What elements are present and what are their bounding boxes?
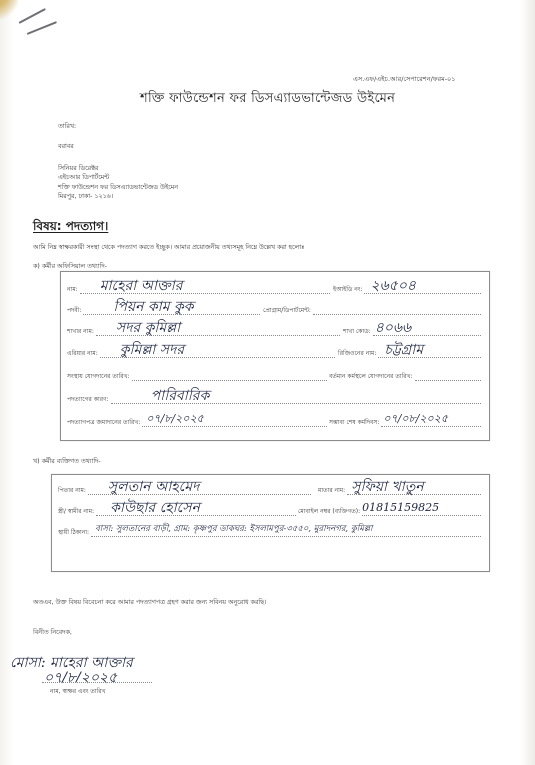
handwritten-value: বাসা: সুলতানের বাড়ী, গ্রাম: কৃষ্ণপুর ডা… [95,522,372,536]
organization-title: শক্তি ফাউন্ডেশন ফর ডিসএ্যাডভান্টেজড উইমে… [140,89,395,110]
signature-line [42,682,152,683]
field-label: সম্ভাব্য শেষ কর্মদিবস: [329,417,379,428]
handwritten-value: সদর কুমিল্লা [116,321,180,335]
designation-field[interactable]: পিয়ন কাম কুক [83,304,260,315]
permanent-address-field[interactable]: বাসা: সুলতানের বাড়ী, গ্রাম: কৃষ্ণপুর ডা… [91,526,481,537]
signature-caption: নাম, স্বাক্ষর এবং তারিখ [50,686,106,697]
personal-info-box: পিতার নাম: সুলতান আহমেদ মাতার নাম: সুফিয… [51,474,490,572]
area-name-field[interactable]: কুমিল্লা সদর [100,347,335,358]
field-label: সংস্থায় যোগদানের তারিখ: [67,371,130,382]
address-line: শক্তি ফাউন্ডেশন ফর ডিসএ্যাডভান্টেজড উইমে… [58,183,178,192]
handwritten-value: পিয়ন কাম কুক [113,300,193,314]
intro-text: আমি নিম্ন স্বাক্ষরকারী সংস্থা থেকে পদত্য… [33,242,304,253]
id-field[interactable]: ২৬৫০৪ [364,283,481,294]
field-designation: পদবী: পিয়ন কাম কুক [67,304,262,316]
field-label: স্ত্রী/ স্বামীর নাম: [58,506,94,517]
salutation: বিনীত নিবেদক, [33,627,72,638]
field-area-name: এরিয়ার নাম: কুমিল্লা সদর [67,347,337,359]
field-program: প্রোগ্রাম/ডিপার্টমেন্ট: [263,304,483,316]
field-label: নাম: [67,284,78,295]
field-label: পদত্যাগের কারণ: [67,394,109,405]
field-spouse: স্ত্রী/ স্বামীর নাম: কাউছার হোসেন [58,505,298,517]
handwritten-value: ৪০৬৬ [375,321,411,335]
branch-code-field[interactable]: ৪০৬৬ [373,325,481,336]
handwritten-value: 01815159825 [362,501,439,515]
field-mother: মাতার নাম: সুফিয়া খাতুন [318,484,483,496]
section-b-heading: খ) কর্মীর ব্যক্তিগত তথ্যাদি- [33,456,101,467]
handwritten-value: চট্টগ্রাম [384,343,423,357]
date-label: তারিখ: [58,121,76,132]
field-label: মোবাইল নম্বর (ব্যক্তিগত): [298,506,360,517]
last-workday-field[interactable]: ০৭/০৮/২০২৫ [381,416,481,427]
name-field[interactable]: মাহেরা আক্তার [80,283,330,294]
recipient-address: সিনিয়র ডিরেক্টর এইচআর ডিপার্টমেন্ট শক্ত… [58,164,178,201]
field-last-workday: সম্ভাব্য শেষ কর্মদিবস: ০৭/০৮/২০২৫ [329,416,483,428]
form-code: এস.এফ/এইচ.আর/সেপারেশন/ফরম-০১ [353,74,456,85]
field-reason: পদত্যাগের কারণ: পারিবারিক [67,393,483,405]
field-mobile: মোবাইল নম্বর (ব্যক্তিগত): 01815159825 [298,505,483,517]
field-address: স্থায়ী ঠিকানা: বাসা: সুলতানের বাড়ী, গ্… [58,526,483,538]
branch-name-field[interactable]: সদর কুমিল্লা [96,325,340,336]
field-label: প্রোগ্রাম/ডিপার্টমেন্ট: [263,305,311,316]
field-label: পিতার নাম: [58,485,86,496]
reason-field[interactable]: পারিবারিক [111,393,481,404]
field-label: এরিয়ার নাম: [67,348,98,359]
field-region-name: রিজিওনের নাম: চট্টগ্রাম [338,347,483,359]
mobile-field[interactable]: 01815159825 [362,505,481,516]
official-info-box: নাম: মাহেরা আক্তার ইআইডি নং: ২৬৫০৪ পদবী:… [60,271,490,441]
field-label: ইআইডি নং: [333,284,362,295]
field-current-join-date: বর্তমান কর্মস্থলে যোগদানের তারিখ: [329,370,483,382]
corner-stain [0,0,18,22]
handwritten-value: ২৬৫০৪ [370,279,415,293]
closing-text: অতএব, উক্ত বিষয় বিবেচনা করে আমার পদত্যা… [33,597,266,608]
field-label: বর্তমান কর্মস্থলে যোগদানের তারিখ: [329,371,413,382]
field-name: নাম: মাহেরা আক্তার [67,283,332,295]
join-date-field[interactable] [132,370,327,381]
field-label: শাখা কোড: [343,326,371,337]
mother-name-field[interactable]: সুফিয়া খাতুন [347,484,481,495]
handwritten-value: সুফিয়া খাতুন [351,480,423,494]
current-join-date-field[interactable] [415,370,481,381]
address-line: মিরপুর, ঢাকা- ১২১৬। [58,192,178,201]
handwritten-value: মাহেরা আক্তার [100,279,183,293]
field-submit-date: পদত্যাগপত্র জমাদানের তারিখ: ০৭/৮/২০২৫ [67,416,329,428]
handwritten-value: পারিবারিক [151,389,210,403]
to-label: বরাবর [58,141,74,152]
handwritten-value: সুলতান আহমেদ [108,480,200,494]
field-label: মাতার নাম: [318,485,345,496]
field-father: পিতার নাম: সুলতান আহমেদ [58,484,313,496]
field-label: শাখার নাম: [67,326,94,337]
field-branch-code: শাখা কোড: ৪০৬৬ [343,325,483,337]
father-name-field[interactable]: সুলতান আহমেদ [88,484,311,495]
field-id: ইআইডি নং: ২৬৫০৪ [333,283,483,295]
field-label: স্থায়ী ঠিকানা: [58,527,89,538]
subject-heading: বিষয়: পদত্যাগ। [33,218,108,238]
field-label: রিজিওনের নাম: [338,348,376,359]
field-label: পদবী: [67,305,81,316]
region-name-field[interactable]: চট্টগ্রাম [378,347,481,358]
program-field[interactable] [313,304,481,315]
field-label: পদত্যাগপত্র জমাদানের তারিখ: [67,417,140,428]
address-line: এইচআর ডিপার্টমেন্ট [58,173,178,182]
handwritten-value: ০৭/০৮/২০২৫ [383,412,448,426]
handwritten-value: কাউছার হোসেন [110,501,200,515]
handwritten-value: ০৭/৮/২০২৫ [146,412,203,426]
address-line: সিনিয়র ডিরেক্টর [58,164,178,173]
submit-date-field[interactable]: ০৭/৮/২০২৫ [142,416,327,427]
field-join-date: সংস্থায় যোগদানের তারিখ: [67,370,329,382]
handwritten-value: কুমিল্লা সদর [120,343,184,357]
spouse-name-field[interactable]: কাউছার হোসেন [96,505,296,516]
field-branch-name: শাখার নাম: সদর কুমিল্লা [67,325,342,337]
